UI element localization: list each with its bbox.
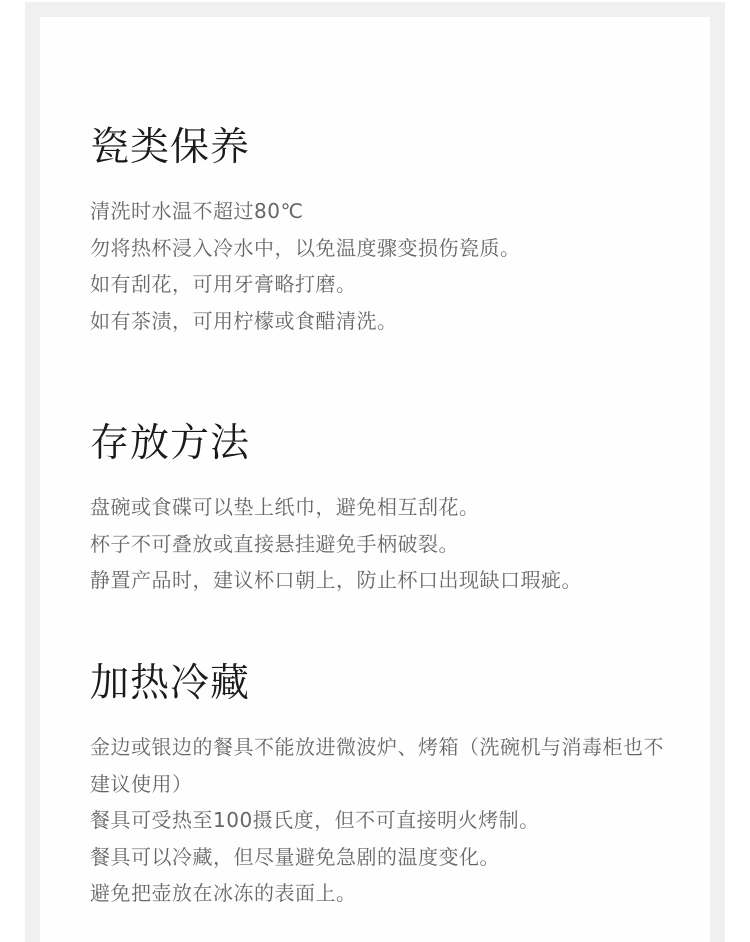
content-card: 瓷类保养 清洗时水温不超过80℃ 勿将热杯浸入冷水中，以免温度骤变损伤瓷质。 如… [40,17,710,942]
care-line: 避免把壶放在冰冻的表面上。 [90,875,690,912]
section-body: 盘碗或食碟可以垫上纸巾，避免相互刮花。 杯子不可叠放或直接悬挂避免手柄破裂。 静… [90,489,690,599]
section-heating-refrigeration: 加热冷藏 金边或银边的餐具不能放进微波炉、烤箱（洗碗机与消毒柜也不建议使用） 餐… [90,659,690,912]
care-line: 如有刮花，可用牙膏略打磨。 [90,266,690,303]
care-line: 静置产品时，建议杯口朝上，防止杯口出现缺口瑕疵。 [90,562,690,599]
care-line: 清洗时水温不超过80℃ [90,193,690,230]
section-body: 金边或银边的餐具不能放进微波炉、烤箱（洗碗机与消毒柜也不建议使用） 餐具可受热至… [90,729,690,912]
care-line: 盘碗或食碟可以垫上纸巾，避免相互刮花。 [90,489,690,526]
section-title: 加热冷藏 [90,659,690,709]
section-storage-method: 存放方法 盘碗或食碟可以垫上纸巾，避免相互刮花。 杯子不可叠放或直接悬挂避免手柄… [90,419,690,599]
care-line: 餐具可受热至100摄氏度，但不可直接明火烤制。 [90,802,690,839]
care-line: 如有茶渍，可用柠檬或食醋清洗。 [90,303,690,340]
section-body: 清洗时水温不超过80℃ 勿将热杯浸入冷水中，以免温度骤变损伤瓷质。 如有刮花，可… [90,193,690,339]
section-porcelain-care: 瓷类保养 清洗时水温不超过80℃ 勿将热杯浸入冷水中，以免温度骤变损伤瓷质。 如… [90,123,690,339]
section-title: 瓷类保养 [90,123,690,173]
care-line: 杯子不可叠放或直接悬挂避免手柄破裂。 [90,526,690,563]
care-line: 金边或银边的餐具不能放进微波炉、烤箱（洗碗机与消毒柜也不建议使用） [90,729,670,802]
section-title: 存放方法 [90,419,690,469]
care-line: 餐具可以冷藏，但尽量避免急剧的温度变化。 [90,839,690,876]
care-line: 勿将热杯浸入冷水中，以免温度骤变损伤瓷质。 [90,230,690,267]
